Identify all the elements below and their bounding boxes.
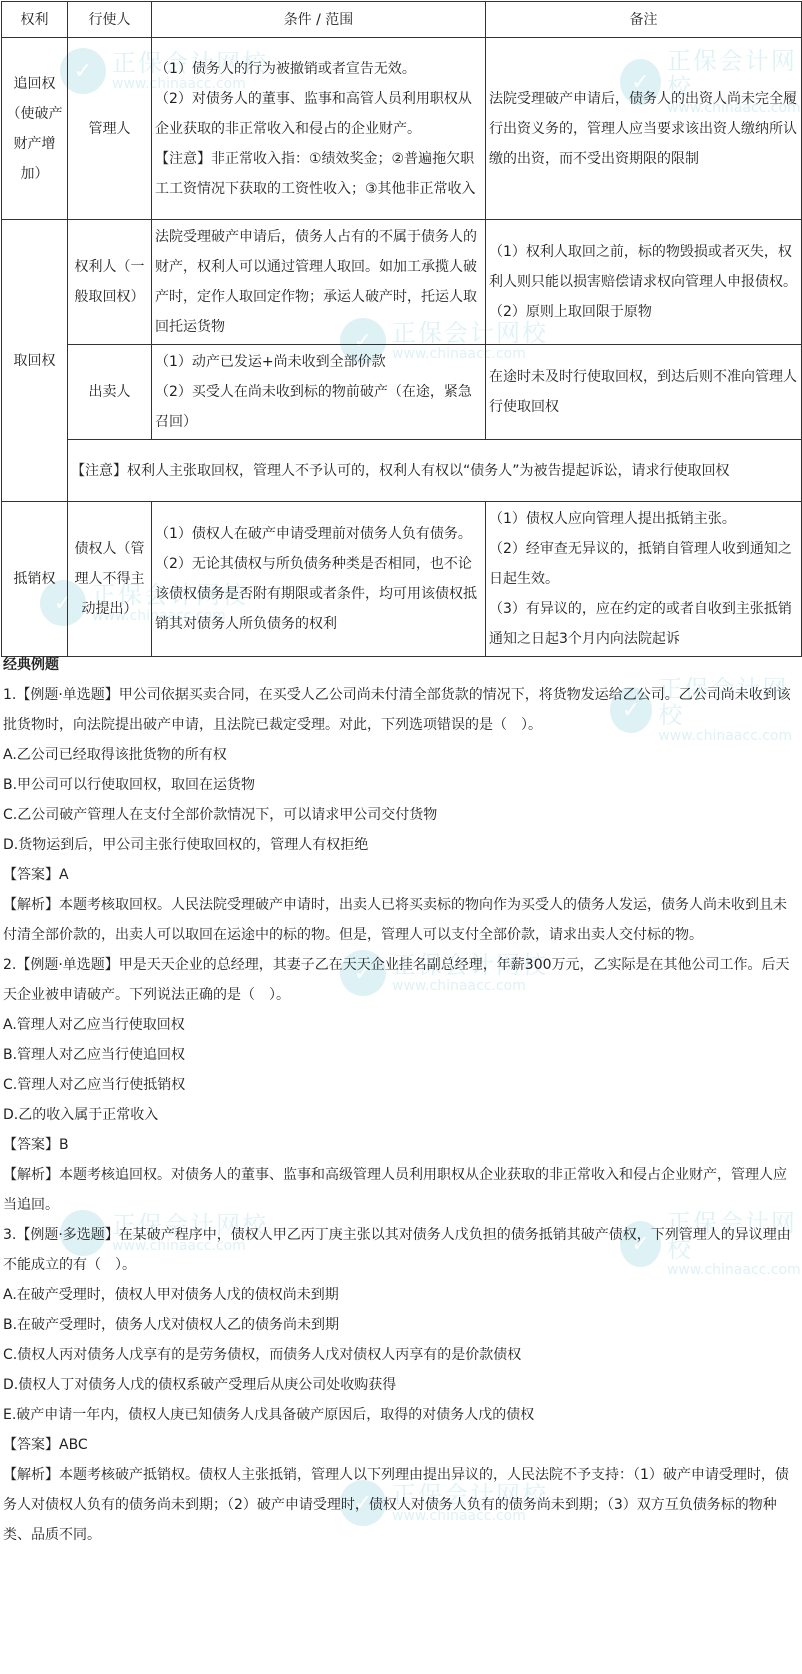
- examples-heading: 经典例题: [3, 650, 799, 680]
- remark-item: （1）债权人应向管理人提出抵销主张。: [489, 504, 798, 534]
- table-row-recall: 追回权 （使破产 财产增 加） 管理人 （1）债务人的行为被撤销或者宣告无效。 …: [2, 38, 802, 220]
- option: D.乙的收入属于正常收入: [3, 1100, 799, 1130]
- remark-item: （2）原则上取回限于原物: [489, 297, 798, 327]
- right-line: 追回权: [5, 69, 64, 99]
- question-stem: 1.【例题·单选题】甲公司依据买卖合同，在买受人乙公司尚未付清全部货款的情况下，…: [3, 680, 799, 740]
- table-row-retrieve-note: 【注意】权利人主张取回权，管理人不予认可的，权利人有权以“债务人”为被告提起诉讼…: [2, 440, 802, 502]
- cell-right-offset: 抵销权: [2, 502, 68, 657]
- cell-conditions-retrieve-seller: （1）动产已发运+尚未收到全部价款 （2）买受人在尚未收到标的物前破产（在途，紧…: [152, 345, 486, 440]
- right-line: 加）: [5, 159, 64, 189]
- answer: 【答案】B: [3, 1130, 799, 1160]
- examples-section: 经典例题 1.【例题·单选题】甲公司依据买卖合同，在买受人乙公司尚未付清全部货款…: [3, 650, 799, 1550]
- question-2: 2.【例题·单选题】甲是天天企业的总经理，其妻子乙在天天企业挂名副总经理，年薪3…: [3, 950, 799, 1220]
- condition-item: 【注意】非正常收入指：①绩效奖金；②普遍拖欠职工工资情况下获取的工资性收入；③其…: [155, 144, 482, 204]
- header-right: 权利: [2, 2, 68, 38]
- table-row-retrieve-general: 取回权 权利人（一般取回权） 法院受理破产申请后，债务人占有的不属于债务人的财产…: [2, 220, 802, 345]
- cell-retrieve-note: 【注意】权利人主张取回权，管理人不予认可的，权利人有权以“债务人”为被告提起诉讼…: [68, 440, 802, 502]
- option: D.货物运到后，甲公司主张行使取回权的，管理人有权拒绝: [3, 830, 799, 860]
- cell-remarks-retrieve-seller: 在途时未及时行使取回权，到达后则不准向管理人行使取回权: [486, 345, 802, 440]
- question-stem: 3.【例题·多选题】在某破产程序中，债权人甲乙丙丁庚主张以其对债务人戊负担的债务…: [3, 1220, 799, 1280]
- option: C.管理人对乙应当行使抵销权: [3, 1070, 799, 1100]
- option: C.乙公司破产管理人在支付全部价款情况下，可以请求甲公司交付货物: [3, 800, 799, 830]
- option: B.甲公司可以行使取回权，取回在运货物: [3, 770, 799, 800]
- remark-item: （2）经审查无异议的，抵销自管理人收到通知之日起生效。: [489, 534, 798, 594]
- table-header-row: 权利 行使人 条件 / 范围 备注: [2, 2, 802, 38]
- cell-conditions-recall: （1）债务人的行为被撤销或者宣告无效。 （2）对债务人的董事、监事和高管人员利用…: [152, 38, 486, 220]
- cell-right-retrieve: 取回权: [2, 220, 68, 502]
- header-remarks: 备注: [486, 2, 802, 38]
- table-row-offset: 抵销权 债权人（管理人不得主动提出） （1）债权人在破产申请受理前对债务人负有债…: [2, 502, 802, 657]
- condition-item: （2）对债务人的董事、监事和高管人员利用职权从企业获取的非正常收入和侵占的企业财…: [155, 84, 482, 144]
- right-line: 财产增: [5, 129, 64, 159]
- condition-item: （1）债务人的行为被撤销或者宣告无效。: [155, 54, 482, 84]
- cell-remarks-recall: 法院受理破产申请后，债务人的出资人尚未完全履行出资义务的，管理人应当要求该出资人…: [486, 38, 802, 220]
- cell-remarks-retrieve-general: （1）权利人取回之前，标的物毁损或者灭失，权利人则只能以损害赔偿请求权向管理人申…: [486, 220, 802, 345]
- condition-item: （1）动产已发运+尚未收到全部价款: [155, 347, 482, 377]
- condition-item: （2）买受人在尚未收到标的物前破产（在途，紧急召回）: [155, 377, 482, 437]
- cell-actor-retrieve-seller: 出卖人: [68, 345, 152, 440]
- option: B.管理人对乙应当行使追回权: [3, 1040, 799, 1070]
- answer: 【答案】ABC: [3, 1430, 799, 1460]
- option: A.管理人对乙应当行使取回权: [3, 1010, 799, 1040]
- header-actor: 行使人: [68, 2, 152, 38]
- right-line: （使破产: [5, 99, 64, 129]
- remark-item: （3）有异议的，应在约定的或者自收到主张抵销通知之日起3个月内向法院起诉: [489, 594, 798, 654]
- option: C.债权人丙对债务人戊享有的是劳务债权，而债务人戊对债权人丙享有的是价款债权: [3, 1340, 799, 1370]
- cell-right-recall: 追回权 （使破产 财产增 加）: [2, 38, 68, 220]
- option: B.在破产受理时，债务人戊对债权人乙的债务尚未到期: [3, 1310, 799, 1340]
- table-row-retrieve-seller: 出卖人 （1）动产已发运+尚未收到全部价款 （2）买受人在尚未收到标的物前破产（…: [2, 345, 802, 440]
- bankruptcy-rights-table: 权利 行使人 条件 / 范围 备注 追回权 （使破产 财产增 加） 管理人 （1…: [1, 1, 802, 657]
- question-stem: 2.【例题·单选题】甲是天天企业的总经理，其妻子乙在天天企业挂名副总经理，年薪3…: [3, 950, 799, 1010]
- cell-actor-offset: 债权人（管理人不得主动提出）: [68, 502, 152, 657]
- analysis: 【解析】本题考核追回权。对债务人的董事、监事和高级管理人员利用职权从企业获取的非…: [3, 1160, 799, 1220]
- question-1: 1.【例题·单选题】甲公司依据买卖合同，在买受人乙公司尚未付清全部货款的情况下，…: [3, 680, 799, 950]
- option: A.乙公司已经取得该批货物的所有权: [3, 740, 799, 770]
- analysis: 【解析】本题考核破产抵销权。债权人主张抵销，管理人以下列理由提出异议的，人民法院…: [3, 1460, 799, 1550]
- question-3: 3.【例题·多选题】在某破产程序中，债权人甲乙丙丁庚主张以其对债务人戊负担的债务…: [3, 1220, 799, 1550]
- header-conditions: 条件 / 范围: [152, 2, 486, 38]
- cell-remarks-offset: （1）债权人应向管理人提出抵销主张。 （2）经审查无异议的，抵销自管理人收到通知…: [486, 502, 802, 657]
- remark-item: （1）权利人取回之前，标的物毁损或者灭失，权利人则只能以损害赔偿请求权向管理人申…: [489, 237, 798, 297]
- option: D.债权人丁对债务人戊的债权系破产受理后从庚公司处收购获得: [3, 1370, 799, 1400]
- cell-actor-retrieve-general: 权利人（一般取回权）: [68, 220, 152, 345]
- answer: 【答案】A: [3, 860, 799, 890]
- option: E.破产申请一年内，债权人庚已知债务人戊具备破产原因后，取得的对债务人戊的债权: [3, 1400, 799, 1430]
- cell-conditions-retrieve-general: 法院受理破产申请后，债务人占有的不属于债务人的财产，权利人可以通过管理人取回。如…: [152, 220, 486, 345]
- cell-conditions-offset: （1）债权人在破产申请受理前对债务人负有债务。 （2）无论其债权与所负债务种类是…: [152, 502, 486, 657]
- analysis: 【解析】本题考核取回权。人民法院受理破产申请时，出卖人已将买卖标的物向作为买受人…: [3, 890, 799, 950]
- condition-item: （1）债权人在破产申请受理前对债务人负有债务。: [155, 519, 482, 549]
- option: A.在破产受理时，债权人甲对债务人戊的债权尚未到期: [3, 1280, 799, 1310]
- condition-item: （2）无论其债权与所负债务种类是否相同，也不论该债权债务是否附有期限或者条件，均…: [155, 549, 482, 639]
- cell-actor-recall: 管理人: [68, 38, 152, 220]
